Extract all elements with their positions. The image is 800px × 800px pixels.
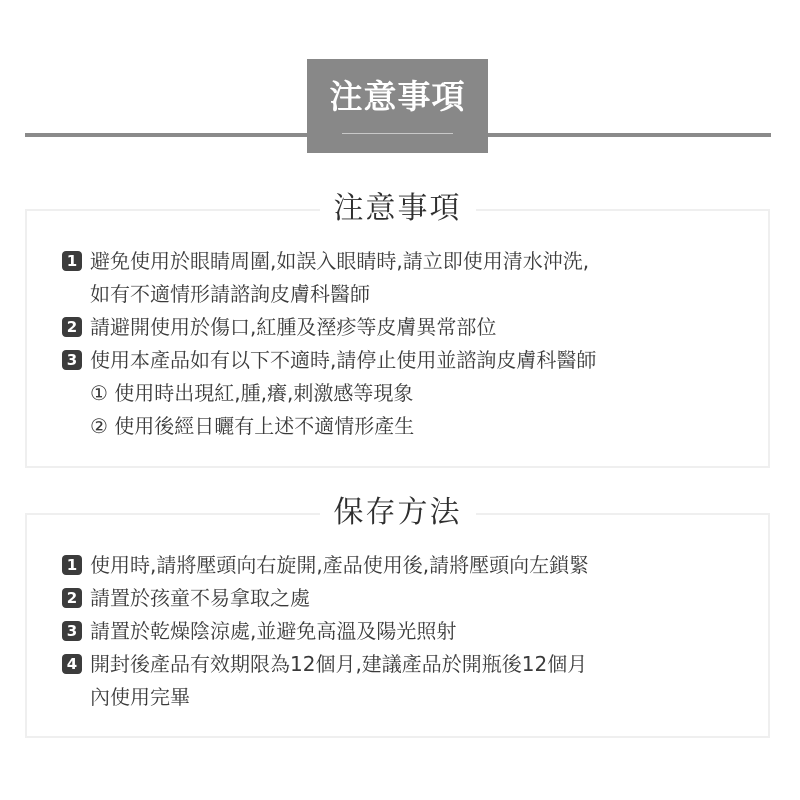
- list-item: 2 請避開使用於傷口,紅腫及溼疹等皮膚異常部位: [62, 311, 748, 344]
- item-text-line: 開封後產品有效期限為12個月,建議產品於開瓶後12個月: [90, 652, 587, 676]
- banner-title: 注意事項: [307, 77, 488, 117]
- precautions-title: 注意事項: [320, 191, 476, 227]
- banner-underline: [342, 133, 453, 134]
- list-item: 3 使用本產品如有以下不適時,請停止使用並諮詢皮膚科醫師: [62, 344, 748, 377]
- sub-item: ① 使用時出現紅,腫,癢,刺激感等現象: [62, 377, 748, 410]
- number-badge-icon: 3: [62, 621, 82, 641]
- number-badge-icon: 1: [62, 251, 82, 271]
- list-item: 1 使用時,請將壓頭向右旋開,產品使用後,請將壓頭向左鎖緊: [62, 549, 748, 582]
- item-text-line: 請避開使用於傷口,紅腫及溼疹等皮膚異常部位: [90, 311, 496, 344]
- number-badge-icon: 2: [62, 588, 82, 608]
- number-badge-icon: 4: [62, 654, 82, 674]
- header-banner: 注意事項: [307, 59, 488, 153]
- storage-section: 保存方法 1 使用時,請將壓頭向右旋開,產品使用後,請將壓頭向左鎖緊 2 請置於…: [25, 513, 770, 738]
- item-text-line: 請置於孩童不易拿取之處: [90, 582, 310, 615]
- item-text-line: 如有不適情形請諮詢皮膚科醫師: [90, 282, 370, 306]
- item-text-line: 請置於乾燥陰涼處,並避免高溫及陽光照射: [90, 615, 456, 648]
- precautions-section: 注意事項 1 避免使用於眼睛周圍,如誤入眼睛時,請立即使用清水沖洗, 如有不適情…: [25, 209, 770, 468]
- precautions-list: 1 避免使用於眼睛周圍,如誤入眼睛時,請立即使用清水沖洗, 如有不適情形請諮詢皮…: [62, 245, 748, 443]
- number-badge-icon: 2: [62, 317, 82, 337]
- list-item: 3 請置於乾燥陰涼處,並避免高溫及陽光照射: [62, 615, 748, 648]
- item-text-line: 內使用完畢: [90, 685, 190, 709]
- item-text-line: 使用本產品如有以下不適時,請停止使用並諮詢皮膚科醫師: [90, 344, 596, 377]
- number-badge-icon: 3: [62, 350, 82, 370]
- storage-title: 保存方法: [320, 495, 476, 531]
- list-item: 2 請置於孩童不易拿取之處: [62, 582, 748, 615]
- item-text-line: 使用時,請將壓頭向右旋開,產品使用後,請將壓頭向左鎖緊: [90, 549, 589, 582]
- sub-item: ② 使用後經日曬有上述不適情形產生: [62, 410, 748, 443]
- list-item: 1 避免使用於眼睛周圍,如誤入眼睛時,請立即使用清水沖洗, 如有不適情形請諮詢皮…: [62, 245, 748, 311]
- list-item: 4 開封後產品有效期限為12個月,建議產品於開瓶後12個月 內使用完畢: [62, 648, 748, 714]
- item-text-line: 避免使用於眼睛周圍,如誤入眼睛時,請立即使用清水沖洗,: [90, 249, 589, 273]
- storage-list: 1 使用時,請將壓頭向右旋開,產品使用後,請將壓頭向左鎖緊 2 請置於孩童不易拿…: [62, 549, 748, 714]
- number-badge-icon: 1: [62, 555, 82, 575]
